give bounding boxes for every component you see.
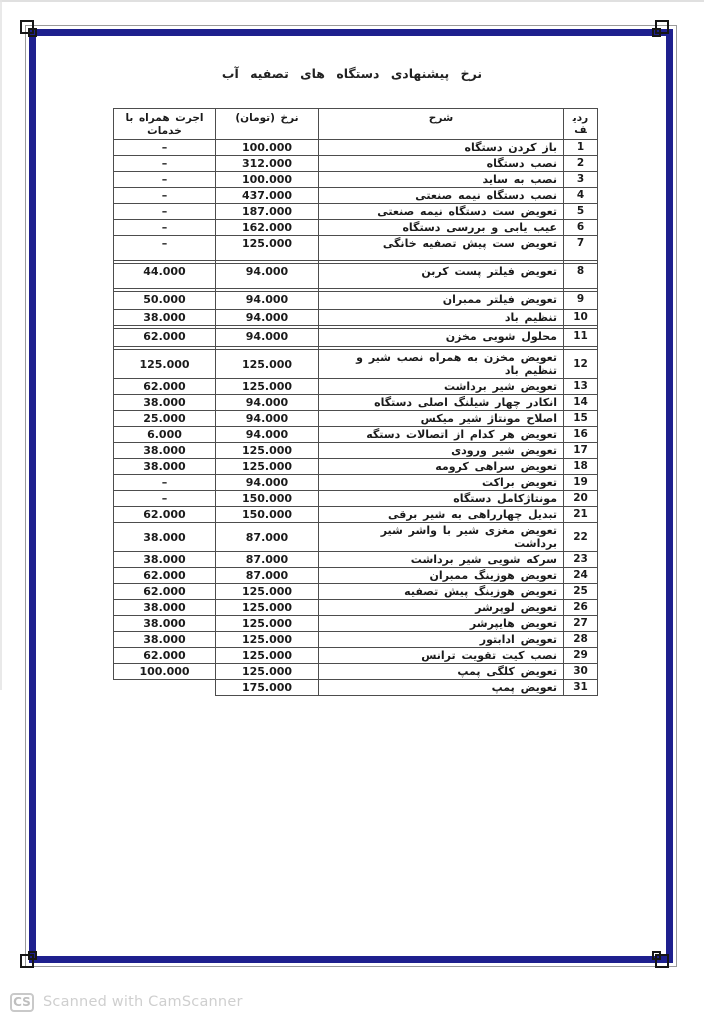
watermark-text: Scanned with CamScanner	[43, 994, 243, 1010]
scan-edge-artifact	[0, 0, 2, 690]
page-border-frame	[29, 29, 673, 963]
border-corner-ornament-bottom-left	[20, 954, 38, 972]
corner-square-icon	[28, 951, 37, 960]
border-corner-ornament-top-right	[655, 20, 673, 38]
scan-edge-artifact	[0, 0, 704, 2]
camscanner-watermark: CS Scanned with CamScanner	[10, 992, 243, 1012]
corner-square-icon	[28, 28, 37, 37]
camscanner-logo-icon: CS	[10, 993, 34, 1012]
border-corner-ornament-bottom-right	[655, 954, 673, 972]
scanned-document-page: { "doc": { "title": "نرخ پیشنهادی دستگاه…	[0, 0, 704, 1024]
corner-square-icon	[652, 951, 661, 960]
border-corner-ornament-top-left	[20, 20, 38, 38]
corner-square-icon	[652, 28, 661, 37]
